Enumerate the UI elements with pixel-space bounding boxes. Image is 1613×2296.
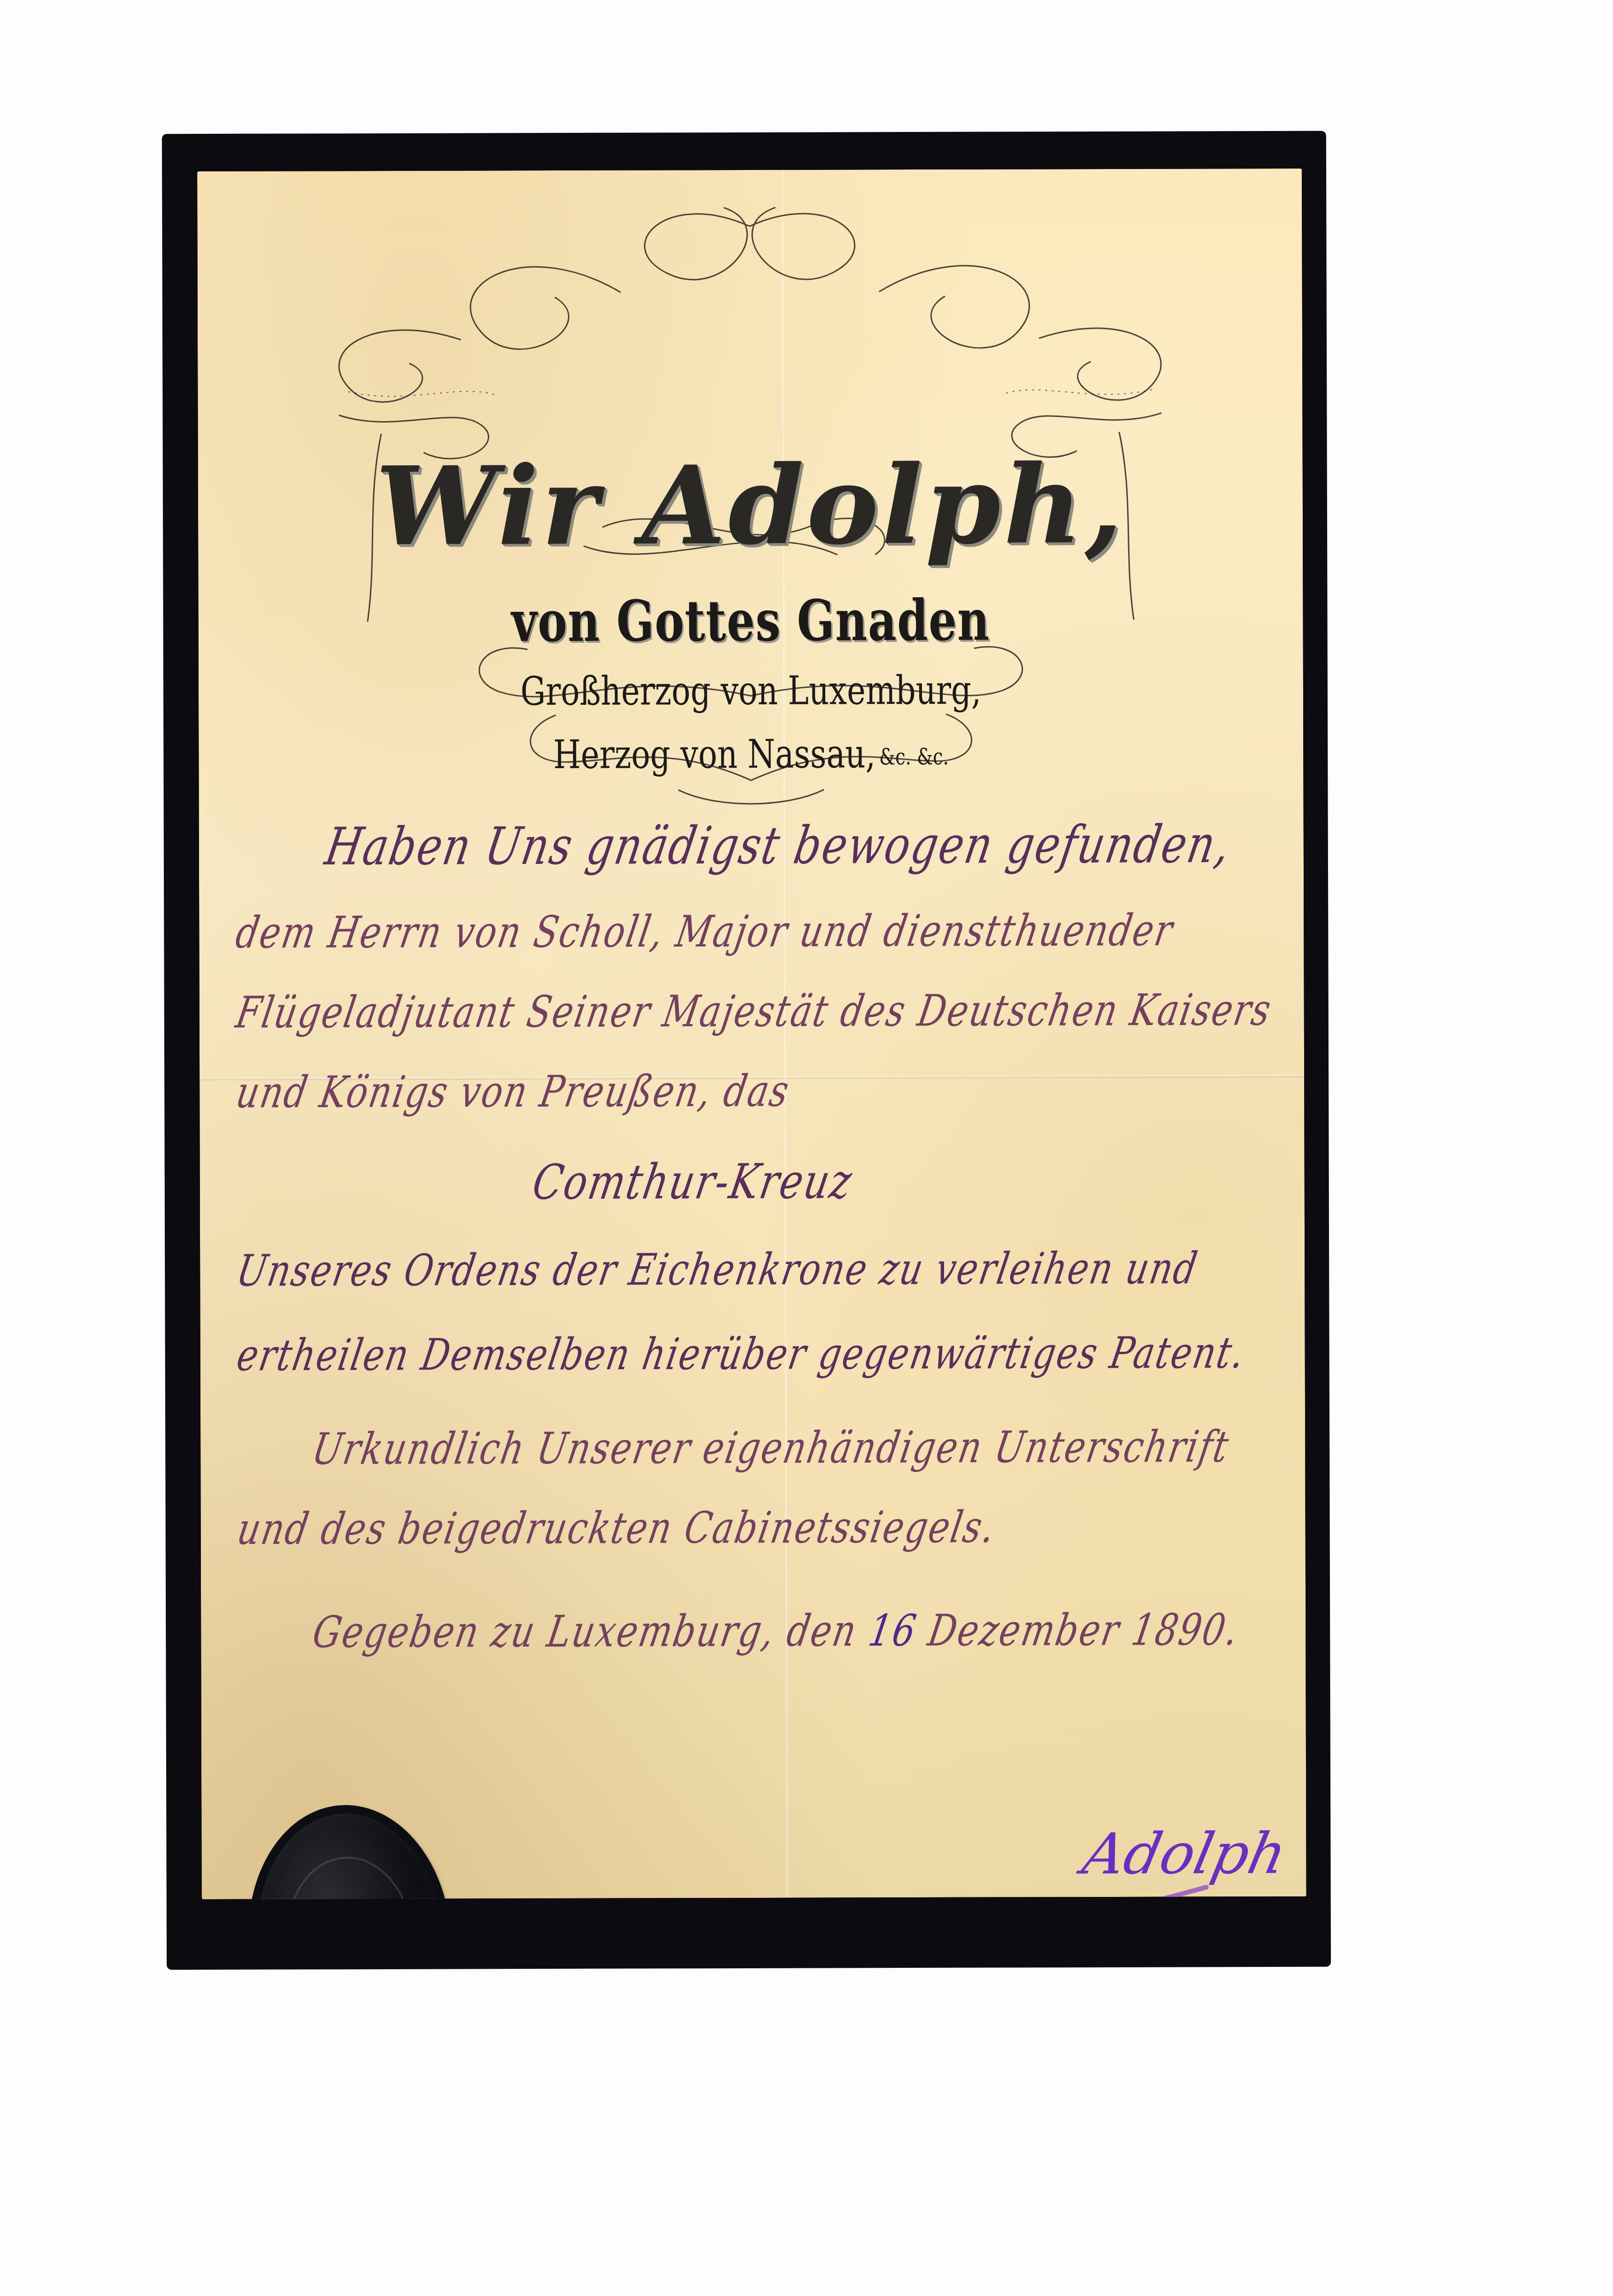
heading-line-duke-text: Herzog von Nassau, <box>553 731 876 778</box>
date-line: Gegeben zu Luxemburg, den 16 Dezember 18… <box>309 1605 1243 1658</box>
date-prefix: Gegeben zu Luxemburg, den <box>309 1606 861 1658</box>
heading-line-by-grace-of-god: von Gottes Gnaden <box>320 587 1182 655</box>
date-month-year: Dezember 1890. <box>924 1605 1243 1656</box>
document-title: Wir Adolph, <box>198 441 1303 570</box>
body-line-7: ertheilen Demselben hierüber gegenwärtig… <box>233 1328 1250 1381</box>
body-line-4: und Königs von Preußen, das <box>232 1066 793 1118</box>
date-day: 16 <box>865 1606 921 1657</box>
body-line-9: und des beigedruckten Cabinetssiegels. <box>234 1502 1000 1555</box>
award-name: Comthur-Kreuz <box>529 1154 857 1211</box>
heading-line-grand-duke: Großherzog von Luxemburg, <box>309 667 1193 715</box>
body-line-6: Unseres Ordens der Eichenkrone zu verlei… <box>233 1243 1202 1296</box>
mourning-frame-card: Wir Adolph, von Gottes Gnaden Großherzog… <box>162 131 1331 1970</box>
document-paper: Wir Adolph, von Gottes Gnaden Großherzog… <box>197 169 1306 1899</box>
body-line-1: Haben Uns gnädigst bewogen gefunden, <box>321 814 1236 877</box>
signature-swash-icon <box>671 1872 1306 1899</box>
heading-line-duke-of-nassau: Herzog von Nassau,&c. &c. <box>309 730 1193 778</box>
body-line-2: dem Herrn von Scholl, Major und dienstth… <box>232 905 1177 958</box>
wax-seal <box>239 1798 460 1899</box>
body-line-8: Urkundlich Unserer eigenhändigen Untersc… <box>308 1422 1233 1475</box>
heading-etc-suffix: &c. &c. <box>879 744 949 770</box>
body-line-3: Flügeladjutant Seiner Majestät des Deuts… <box>232 985 1276 1038</box>
